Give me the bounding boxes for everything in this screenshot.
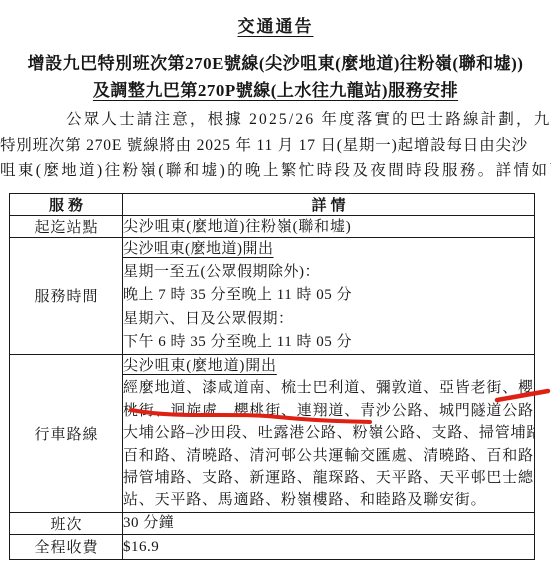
service-hours-line: 星期六、日及公眾假期： <box>123 308 534 331</box>
row-label-frequency: 班次 <box>10 512 123 534</box>
route-line: 大埔公路–沙田段、吐露港公路、粉嶺公路、支路、掃管埔路、 <box>123 422 534 444</box>
service-hours-line: 星期一至五(公眾假期除外)： <box>123 261 534 284</box>
terminus-cell: 尖沙咀東(麼地道)往粉嶺(聯和墟) <box>123 216 535 238</box>
fare-cell: $16.9 <box>123 534 535 559</box>
service-details-table: 服務 詳情 起迄站點 尖沙咀東(麼地道)往粉嶺(聯和墟) 服務時間 尖沙咀東(麼… <box>9 193 535 560</box>
fare-value: $16.9 <box>123 535 534 559</box>
notice-title: 交通通告 <box>0 12 551 37</box>
route-line: 經麼地道、漆咸道南、梳士巴利道、彌敦道、亞皆老街、櫻 <box>123 377 534 399</box>
heading-line-2: 及調整九巴第270P號線(上水往九龍站)服務安排 <box>0 77 551 104</box>
row-label-service-hours: 服務時間 <box>10 238 123 355</box>
service-hours-line: 晚上 7 時 35 分至晚上 11 時 05 分 <box>123 284 534 307</box>
column-header-service: 服務 <box>10 194 123 216</box>
table-header-row: 服務 詳情 <box>10 194 535 216</box>
row-label-route: 行車路線 <box>10 354 123 512</box>
frequency-value: 30 分鐘 <box>123 513 534 534</box>
paragraph-line: 公眾人士請注意，根據 2025/26 年度落實的巴士路線計劃，九巴 <box>0 107 551 133</box>
notice-heading: 增設九巴特別班次第270E號線(尖沙咀東(麼地道)往粉嶺(聯和墟)) 及調整九巴… <box>0 50 551 104</box>
route-line: 尖沙咀東(麼地道)開出 <box>123 355 534 377</box>
route-cell: 尖沙咀東(麼地道)開出 經麼地道、漆咸道南、梳士巴利道、彌敦道、亞皆老街、櫻 桃… <box>123 354 535 512</box>
paragraph-line: 咀東(麼地道)往粉嶺(聯和墟)的晚上繁忙時段及夜間時段服務。詳情如下 <box>0 158 551 184</box>
terminus-value: 尖沙咀東(麼地道)往粉嶺(聯和墟) <box>123 217 534 237</box>
route-line: 掃管埔路、支路、新運路、龍琛路、天平路、天平邨巴士總 <box>123 467 534 489</box>
column-header-details: 詳情 <box>123 194 535 216</box>
service-hours-line: 下午 6 時 35 分至晚上 11 時 05 分 <box>123 331 534 354</box>
paragraph-line: 特別班次第 270E 號線將由 2025 年 11 月 17 日(星期一)起增設… <box>0 133 551 159</box>
route-line: 站、天平路、馬適路、粉嶺樓路、和睦路及聯安街。 <box>123 489 534 511</box>
frequency-cell: 30 分鐘 <box>123 512 535 534</box>
table-row-terminus: 起迄站點 尖沙咀東(麼地道)往粉嶺(聯和墟) <box>10 216 535 238</box>
route-line: 百和路、清曉路、清河邨公共運輸交匯處、清曉路、百和路、 <box>123 445 534 467</box>
row-label-terminus: 起迄站點 <box>10 216 123 238</box>
route-line: 桃街、迴旋處、櫻桃街、連翔道、青沙公路、城門隧道公路、 <box>123 400 534 422</box>
service-hours-cell: 尖沙咀東(麼地道)開出 星期一至五(公眾假期除外)： 晚上 7 時 35 分至晚… <box>123 238 535 355</box>
service-hours-line: 尖沙咀東(麼地道)開出 <box>123 238 534 261</box>
row-label-fare: 全程收費 <box>10 534 123 559</box>
intro-paragraph: 公眾人士請注意，根據 2025/26 年度落實的巴士路線計劃，九巴 特別班次第 … <box>0 107 551 184</box>
table-row-service-hours: 服務時間 尖沙咀東(麼地道)開出 星期一至五(公眾假期除外)： 晚上 7 時 3… <box>10 238 535 355</box>
table-row-route: 行車路線 尖沙咀東(麼地道)開出 經麼地道、漆咸道南、梳士巴利道、彌敦道、亞皆老… <box>10 354 535 512</box>
heading-line-1: 增設九巴特別班次第270E號線(尖沙咀東(麼地道)往粉嶺(聯和墟)) <box>0 50 551 77</box>
table-row-frequency: 班次 30 分鐘 <box>10 512 535 534</box>
table-row-fare: 全程收費 $16.9 <box>10 534 535 559</box>
